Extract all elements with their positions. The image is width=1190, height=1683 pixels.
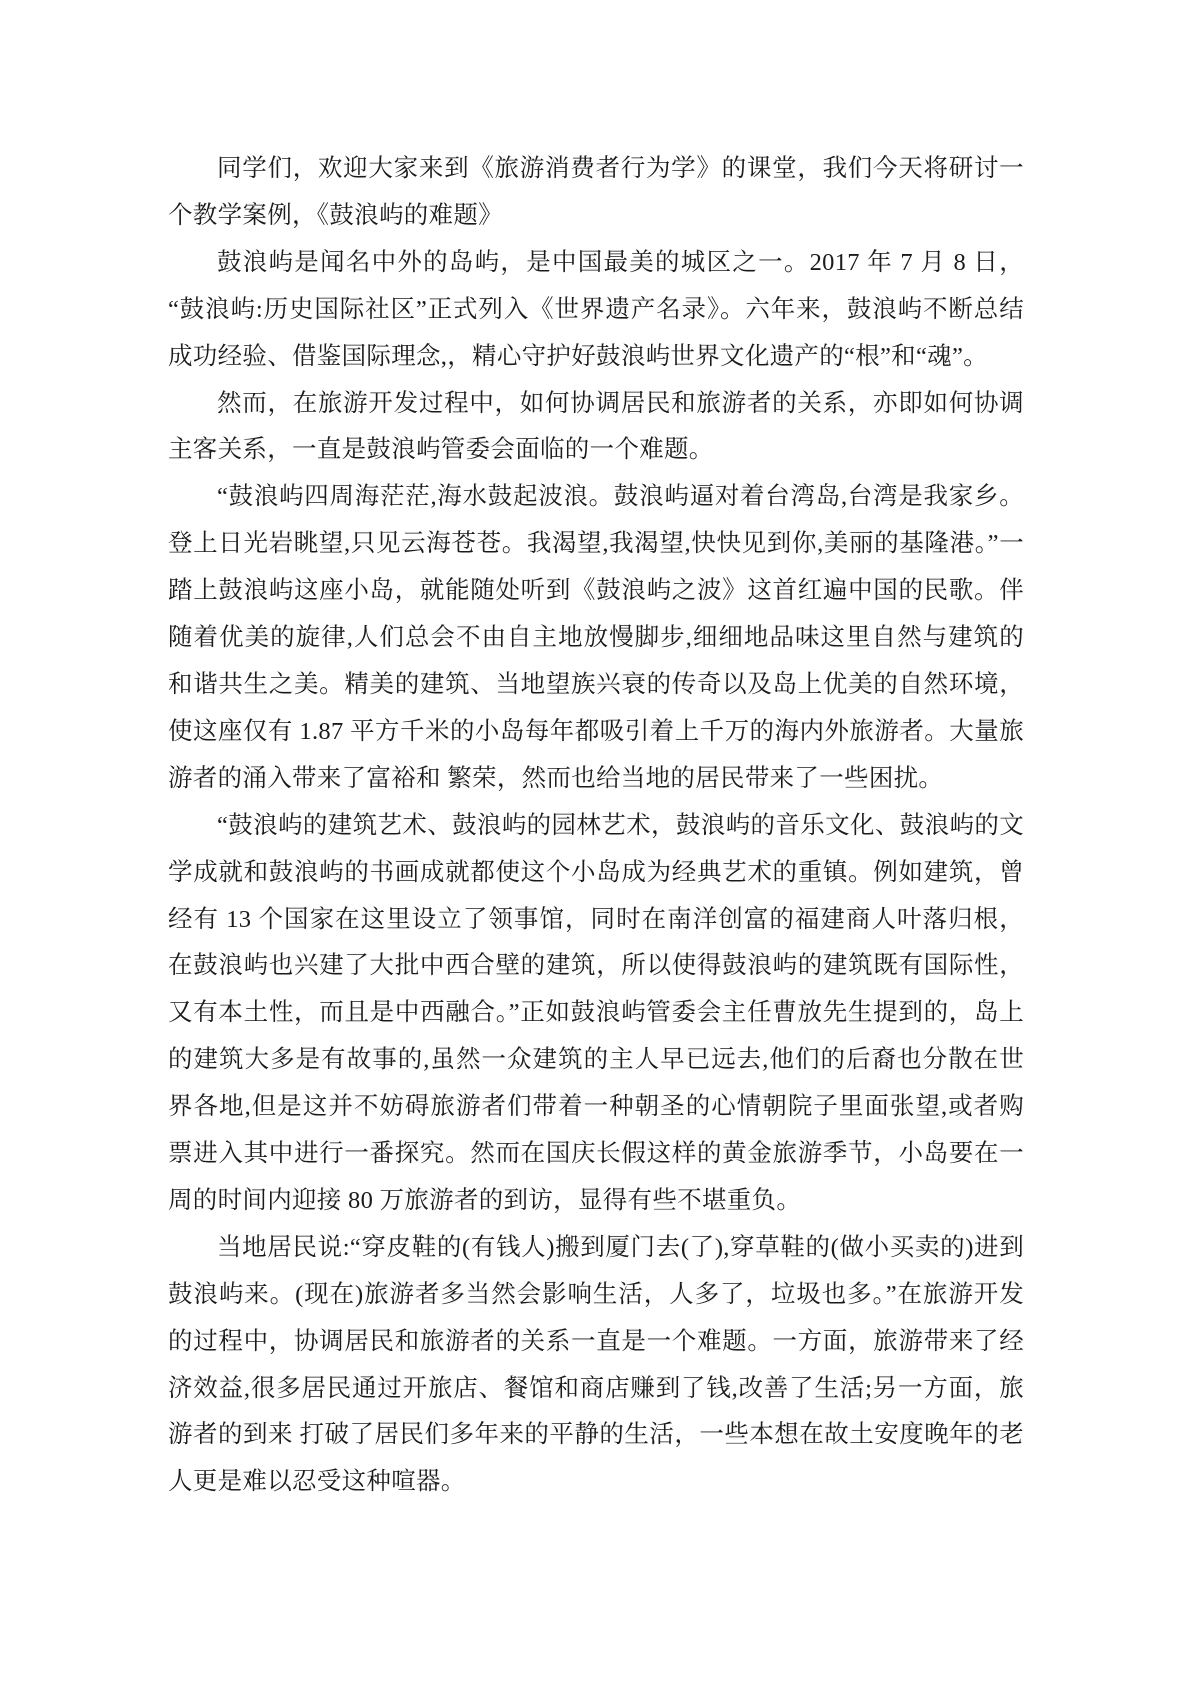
paragraph: 同学们，欢迎大家来到《旅游消费者行为学》的课堂，我们今天将研讨一个教学案例，《鼓… [168,146,1024,240]
paragraph: 鼓浪屿是闻名中外的岛屿，是中国最美的城区之一。2017 年 7 月 8 日，“鼓… [168,240,1024,381]
paragraph: 然而，在旅游开发过程中，如何协调居民和旅游者的关系，亦即如何协调主客关系，一直是… [168,381,1024,475]
paragraph: “鼓浪屿四周海茫茫,海水鼓起波浪。鼓浪屿逼对着台湾岛,台湾是我家乡。登上日光岩眺… [168,474,1024,802]
paragraph: 当地居民说:“穿皮鞋的(有钱人)搬到厦门去(了),穿草鞋的(做小买卖的)进到鼓浪… [168,1225,1024,1506]
paragraph: “鼓浪屿的建筑艺术、鼓浪屿的园林艺术，鼓浪屿的音乐文化、鼓浪屿的文学成就和鼓浪屿… [168,803,1024,1225]
document-page: 同学们，欢迎大家来到《旅游消费者行为学》的课堂，我们今天将研讨一个教学案例，《鼓… [0,0,1190,1683]
document-body: 同学们，欢迎大家来到《旅游消费者行为学》的课堂，我们今天将研讨一个教学案例，《鼓… [168,146,1024,1506]
